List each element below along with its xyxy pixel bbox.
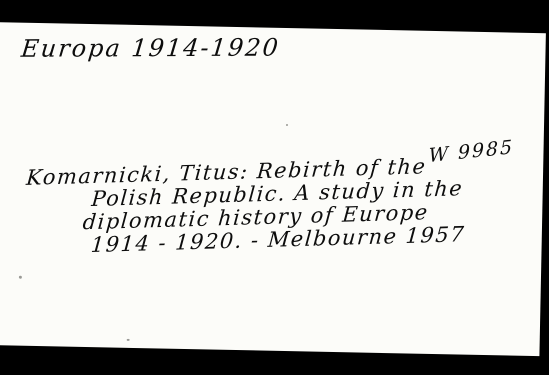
photo-frame: Europa 1914-1920 W 9985 Komarnicki, Titu…: [0, 0, 549, 375]
dust-speck: [127, 339, 130, 341]
dust-speck: [19, 276, 22, 279]
entry-block: Komarnicki, Titus: Rebirth of the Polish…: [20, 154, 471, 259]
dust-speck: [286, 124, 288, 126]
catalog-card: Europa 1914-1920 W 9985 Komarnicki, Titu…: [0, 22, 546, 356]
card-heading: Europa 1914-1920: [20, 34, 281, 63]
